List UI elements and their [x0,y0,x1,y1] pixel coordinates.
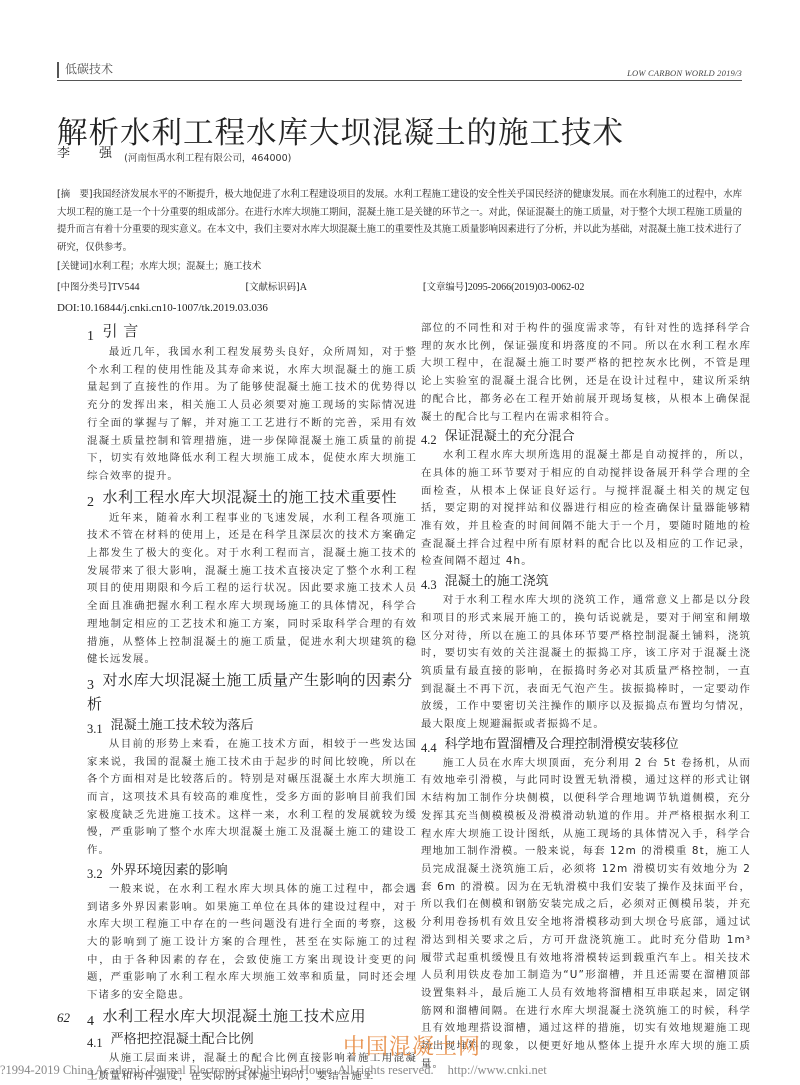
keywords-label: [关键词] [57,261,92,272]
clc-value: TV544 [111,282,139,293]
section-3-1-heading: 3.1混凝土施工技术较为落后 [87,715,417,736]
section-4-1-continued: 部位的不同性和对于构件的强度需求等，有针对性的选择科学合理的灰水比例，保证强度和… [421,320,751,426]
section-3-2-heading: 3.2外界环境因素的影响 [87,860,417,881]
section-3-2-paragraph: 一般来说，在水利工程水库大坝具体的施工过程中，都会遇到诸多外界因素影响。如果施工… [87,881,417,1005]
doi: DOI:10.16844/j.cnki.cn10-1007/tk.2019.03… [57,302,268,314]
left-column: 1引 言 最近几年，我国水利工程发展势头良好，众所周知，对于整个水利工程的使用性… [87,320,417,1085]
watermark: 中国混凝土网 [343,1030,481,1061]
keywords-row: [关键词]水利工程；水库大坝；混凝土；施工技术 [57,258,261,272]
section-4-3-paragraph: 对于水利工程水库大坝的浇筑工作，通常意义上都是以分段和项目的形式来展开施工的，换… [421,592,751,734]
section-1-paragraph: 最近几年，我国水利工程发展势头良好，众所周知，对于整个水利工程的使用性能及其寿命… [87,344,417,486]
section-4-4-heading: 4.4科学地布置溜槽及合理控制滑模安装移位 [421,734,751,755]
section-4-heading: 4水利工程水库大坝混凝土施工技术应用 [87,1005,417,1029]
section-3-1-paragraph: 从目前的形势上来看，在施工技术方面，相较于一些发达国家来说，我国的混凝土施工技术… [87,736,417,860]
section-4-2-heading: 4.2保证混凝土的充分混合 [421,426,751,447]
author-affiliation: (河南恒禹水利工程有限公司，464000) [124,153,291,164]
section-label: 低碳技术 [57,62,113,78]
right-column: 部位的不同性和对于构件的强度需求等，有针对性的选择科学合理的灰水比例，保证强度和… [421,320,751,1073]
copyright-line: ?1994-2019 China Academic Journal Electr… [0,1063,800,1078]
section-2-paragraph: 近年来，随着水利工程事业的飞速发展，水利工程各项施工技术不管在材料的使用上，还是… [87,510,417,669]
abstract-label: [摘 要] [57,189,93,200]
page-number: 62 [57,1010,70,1026]
copyright-text: ?1994-2019 China Academic Journal Electr… [0,1063,434,1077]
section-4-4-paragraph: 施工人员在水库大坝顶面，充分利用 2 台 5t 卷扬机，从而有效地牵引滑模，与此… [421,755,751,1074]
article-no-value: 2095-2066(2019)03-0062-02 [468,282,585,293]
article-no-label: [文章编号] [423,282,468,293]
keywords-text: 水利工程；水库大坝；混凝土；施工技术 [92,261,261,272]
classification-row: [中图分类号]TV544 [文献标识码]A [文章编号]2095-2066(20… [57,279,584,293]
abstract: [摘 要]我国经济发展水平的不断提升，极大地促进了水利工程建设项目的发展。水利工… [57,186,742,256]
author-name: 李 强 [57,146,120,161]
running-header: 低碳技术 LOW CARBON WORLD 2019/3 [57,62,742,81]
cnki-link[interactable]: http://www.cnki.net [448,1063,547,1077]
section-3-heading: 3对水库大坝混凝土施工质量产生影响的因素分析 [87,669,417,715]
author-line: 李 强 (河南恒禹水利工程有限公司，464000) [57,142,291,161]
section-1-heading: 1引 言 [87,320,417,344]
abstract-text: 我国经济发展水平的不断提升，极大地促进了水利工程建设项目的发展。水利工程施工建设… [57,189,742,253]
doc-code-value: A [300,282,307,293]
journal-issue: LOW CARBON WORLD 2019/3 [627,68,742,78]
section-4-2-paragraph: 水利工程水库大坝所选用的混凝土都是自动搅拌的，所以，在具体的施工环节要对于相应的… [421,447,751,571]
section-4-3-heading: 4.3混凝土的施工浇筑 [421,571,751,592]
clc-label: [中图分类号] [57,282,111,293]
section-2-heading: 2水利工程水库大坝混凝土的施工技术重要性 [87,486,417,510]
doc-code-label: [文献标识码] [246,282,300,293]
